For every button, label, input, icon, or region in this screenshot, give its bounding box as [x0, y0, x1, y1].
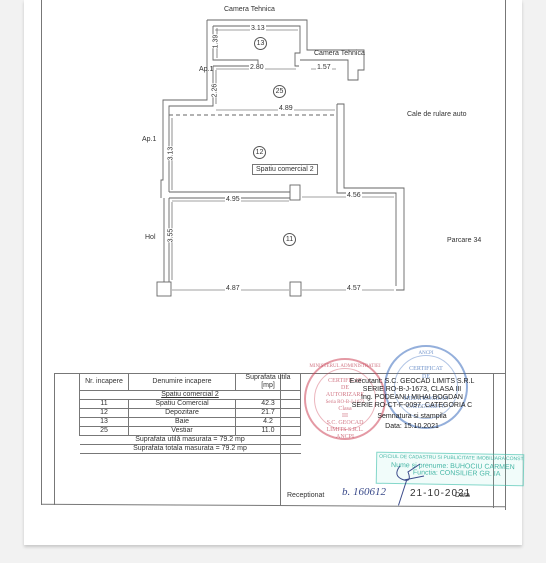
col-name: Denumire incapere	[129, 374, 236, 391]
cell-name: Depozitare	[129, 409, 236, 418]
sum-util: Suprafata utilă masurata = 79.2 mp	[80, 436, 301, 445]
dim-157: 1.57	[316, 64, 332, 71]
stamp-red-line: ANCPI	[306, 434, 384, 441]
cell-area: 11.0	[236, 427, 301, 436]
cell-area: 4.2	[236, 418, 301, 427]
table-group-row: Spatiu comercial 2	[80, 391, 301, 400]
stamp-blue-line: CERTIFICAT	[386, 365, 466, 373]
table-sum-row: Suprafata totala masurata = 79.2 mp	[80, 445, 301, 454]
stamp-red-ring-text: MINISTERUL ADMINISTRATIEI	[306, 364, 384, 369]
engineer-name: Ing. PODEANU MIHAI BOGDAN	[322, 394, 502, 402]
dim-457: 4.57	[346, 285, 362, 292]
reception-label: Receptionat	[287, 492, 324, 499]
area-table: Nr. incapere Denumire incapere Suprafata…	[79, 373, 301, 454]
signature-scribble	[390, 462, 430, 488]
signature-date: Data: 15.10.2021	[322, 423, 502, 431]
room-name-label: Spatiu comercial 2	[252, 164, 318, 175]
cell-name: Vestiar	[129, 427, 236, 436]
executant-name: Executant: S.C. GEOCAD LIMITS S.R.L	[322, 378, 502, 386]
table-row: 11 Spatiu Comercial 42.3	[80, 400, 301, 409]
cell-name: Spatiu Comercial	[129, 400, 236, 409]
col-area: Suprafata utila [mp]	[236, 374, 301, 391]
dim-456: 4.56	[346, 192, 362, 199]
room-number-25: 25	[273, 85, 286, 98]
dim-313-top: 3.13	[250, 25, 266, 32]
document-page: Camera Tehnica Camera Tehnica Ap.1 Ap.1 …	[24, 0, 522, 545]
room-number-13: 13	[254, 37, 267, 50]
dim-313-left: 3.13	[167, 147, 174, 161]
executant-serie: SERIE RO-B-J-1673, CLASA III	[322, 386, 502, 394]
table-row: 13 Baie 4.2	[80, 418, 301, 427]
dim-226: 2.26	[211, 84, 218, 98]
engineer-serie: SERIE RO-CT-F-0097, CATEGORIA C	[322, 402, 502, 410]
signature-label: Semnatura si stampila	[322, 413, 502, 421]
table-row: 12 Depozitare 21.7	[80, 409, 301, 418]
col-nr: Nr. incapere	[80, 374, 129, 391]
group-name: Spatiu comercial 2	[80, 391, 301, 400]
dim-489: 4.89	[278, 105, 294, 112]
table-row: 25 Vestiar 11.0	[80, 427, 301, 436]
stamp-blue-ring-text: ANCPI	[386, 351, 466, 356]
label-ap1-mid: Ap.1	[142, 136, 156, 143]
cell-nr: 12	[80, 409, 129, 418]
dim-280: 2.80	[249, 64, 265, 71]
reception-data-label: Data	[455, 492, 470, 499]
label-ap1-top: Ap.1	[199, 66, 213, 73]
label-parcare: Parcare 34	[447, 237, 481, 244]
cell-name: Baie	[129, 418, 236, 427]
reception-number: b. 160612	[342, 486, 386, 498]
dim-495: 4.95	[225, 196, 241, 203]
dim-487: 4.87	[225, 285, 241, 292]
cell-nr: 13	[80, 418, 129, 427]
label-cale-rulare: Cale de rulare auto	[407, 111, 467, 118]
cell-area: 42.3	[236, 400, 301, 409]
dim-139: 1.39	[212, 35, 219, 49]
cell-area: 21.7	[236, 409, 301, 418]
executant-block: Executant: S.C. GEOCAD LIMITS S.R.L SERI…	[322, 378, 502, 431]
room-number-11: 11	[283, 233, 296, 246]
label-camera-tehnica-top: Camera Tehnica	[224, 6, 275, 13]
table-sum-row: Suprafata utilă masurata = 79.2 mp	[80, 436, 301, 445]
floor-plan	[24, 0, 522, 370]
dim-355: 3.55	[167, 229, 174, 243]
table-header-row: Nr. incapere Denumire incapere Suprafata…	[80, 374, 301, 391]
cell-nr: 11	[80, 400, 129, 409]
frame-bottom	[41, 504, 506, 507]
sum-total: Suprafata totala masurata = 79.2 mp	[80, 445, 301, 454]
room-number-12: 12	[253, 146, 266, 159]
cell-nr: 25	[80, 427, 129, 436]
label-hol: Hol	[145, 234, 156, 241]
label-camera-tehnica-right: Camera Tehnica	[314, 50, 365, 57]
frame-left-inner	[54, 373, 55, 505]
